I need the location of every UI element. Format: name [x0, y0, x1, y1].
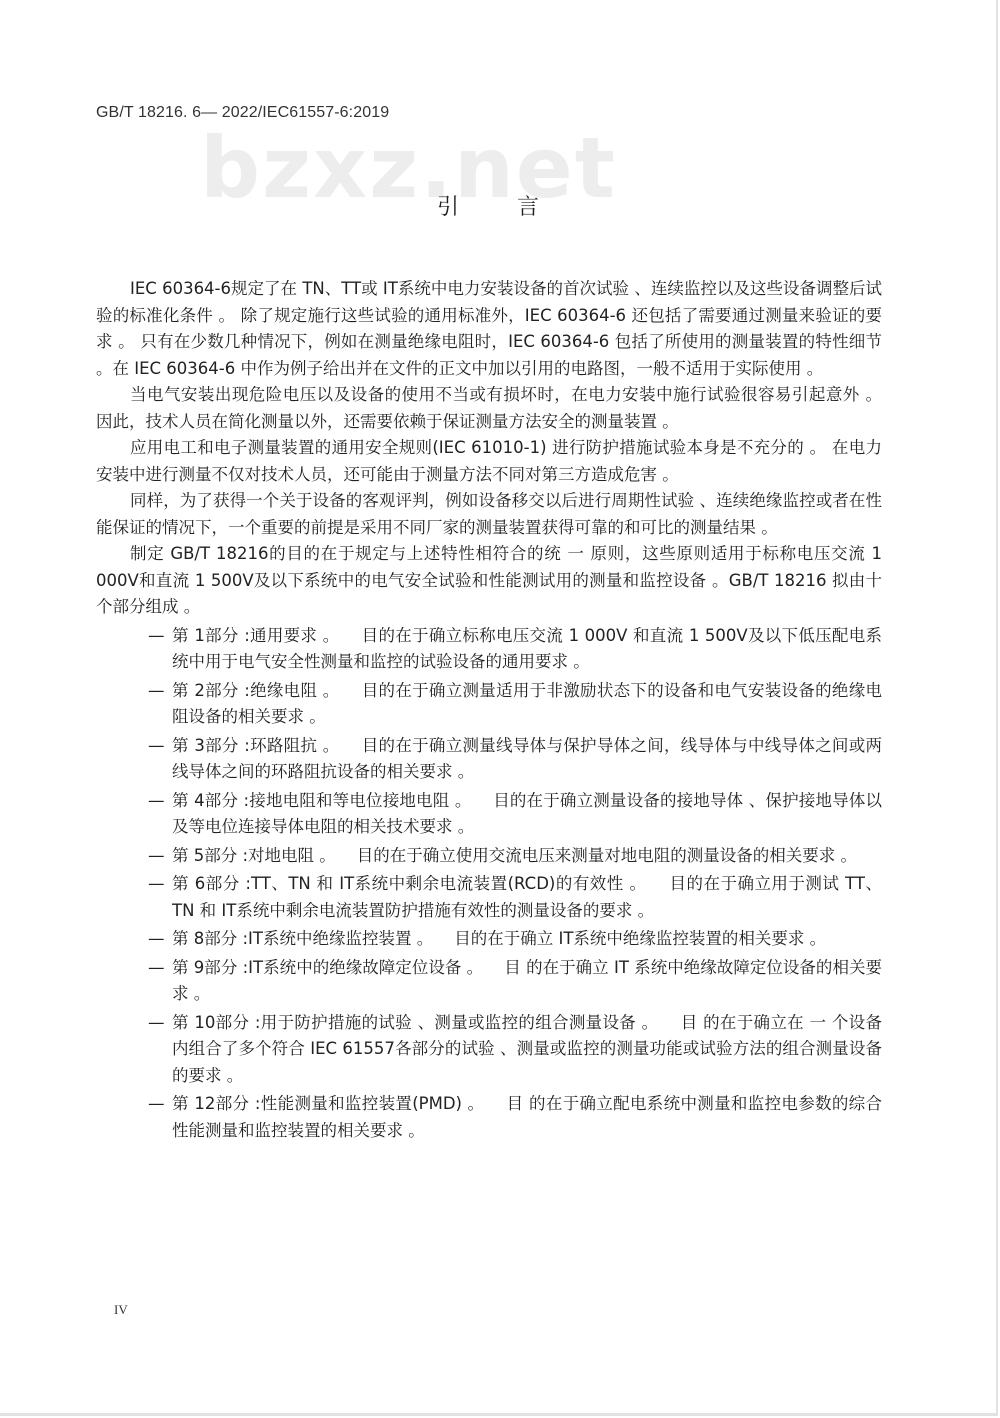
part-label: 第 2部分 :绝缘电阻 。 [172, 681, 340, 700]
part-label: 第 6部分 :TT、TN 和 IT系统中剩余电流装置(RCD)的有效性 。 [172, 874, 647, 893]
dash-bullet: — [148, 955, 165, 982]
part-label: 第 10部分 :用于防护措施的试验 、测量或监控的组合测量设备 。 [172, 1013, 658, 1032]
part-label: 第 12部分 :性能测量和监控装置(PMD) 。 [172, 1094, 484, 1113]
part-label: 第 1部分 :通用要求 。 [172, 626, 340, 645]
list-item: — 第 6部分 :TT、TN 和 IT系统中剩余电流装置(RCD)的有效性 。 … [96, 871, 882, 924]
part-purpose: 目的在于确立 IT系统中绝缘监控装置的相关要求 。 [454, 929, 826, 948]
dash-bullet: — [148, 843, 165, 870]
document-page: GB/T 18216. 6— 2022/IEC61557-6:2019 bzxz… [0, 0, 998, 1416]
list-item: — 第 8部分 :IT系统中绝缘监控装置 。 目的在于确立 IT系统中绝缘监控装… [96, 926, 882, 953]
paragraph: 同样，为了获得一个关于设备的客观评判，例如设备移交以后进行周期性试验 、连续绝缘… [96, 488, 882, 541]
dash-bullet: — [148, 1091, 165, 1118]
dash-bullet: — [148, 788, 165, 815]
paragraph: 应用电工和电子测量装置的通用安全规则(IEC 61010-1) 进行防护措施试验… [96, 435, 882, 488]
list-item: — 第 12部分 :性能测量和监控装置(PMD) 。 目 的在于确立配电系统中测… [96, 1091, 882, 1144]
list-item: — 第 10部分 :用于防护措施的试验 、测量或监控的组合测量设备 。 目 的在… [96, 1010, 882, 1090]
paragraph: 当电气安装出现危险电压以及设备的使用不当或有损坏时，在电力安装中施行试验很容易引… [96, 382, 882, 435]
section-title-char-2: 言 [517, 190, 539, 221]
dash-bullet: — [148, 1010, 165, 1037]
part-purpose: 目的在于确立使用交流电压来测量对地电阻的测量设备的相关要求 。 [357, 846, 857, 865]
page-number: IV [114, 1302, 128, 1318]
dash-bullet: — [148, 678, 165, 705]
paragraph: IEC 60364-6规定了在 TN、TT或 IT系统中电力安装设备的首次试验 … [96, 276, 882, 382]
section-title: 引言 [437, 190, 539, 221]
list-item: — 第 9部分 :IT系统中的绝缘故障定位设备 。 目 的在于确立 IT 系统中… [96, 955, 882, 1008]
watermark: bzxz.net [200, 126, 617, 210]
introduction-body: IEC 60364-6规定了在 TN、TT或 IT系统中电力安装设备的首次试验 … [96, 276, 882, 1145]
paragraph: 制定 GB/T 18216的目的在于规定与上述特性相符合的统 一 原则，这些原则… [96, 541, 882, 621]
dash-bullet: — [148, 926, 165, 953]
dash-bullet: — [148, 871, 165, 898]
list-item: — 第 1部分 :通用要求 。 目的在于确立标称电压交流 1 000V 和直流 … [96, 623, 882, 676]
dash-bullet: — [148, 733, 165, 760]
part-label: 第 4部分 :接地电阻和等电位接地电阻 。 [172, 791, 472, 810]
part-label: 第 9部分 :IT系统中的绝缘故障定位设备 。 [172, 958, 483, 977]
list-item: — 第 3部分 :环路阻抗 。 目的在于确立测量线导体与保护导体之间，线导体与中… [96, 733, 882, 786]
parts-list: — 第 1部分 :通用要求 。 目的在于确立标称电压交流 1 000V 和直流 … [96, 623, 882, 1145]
list-item: — 第 2部分 :绝缘电阻 。 目的在于确立测量适用于非激励状态下的设备和电气安… [96, 678, 882, 731]
part-label: 第 8部分 :IT系统中绝缘监控装置 。 [172, 929, 433, 948]
part-label: 第 5部分 :对地电阻 。 [172, 846, 336, 865]
list-item: — 第 5部分 :对地电阻 。 目的在于确立使用交流电压来测量对地电阻的测量设备… [96, 843, 882, 870]
dash-bullet: — [148, 623, 165, 650]
part-label: 第 3部分 :环路阻抗 。 [172, 736, 340, 755]
section-title-char-1: 引 [437, 190, 459, 221]
list-item: — 第 4部分 :接地电阻和等电位接地电阻 。 目的在于确立测量设备的接地导体 … [96, 788, 882, 841]
